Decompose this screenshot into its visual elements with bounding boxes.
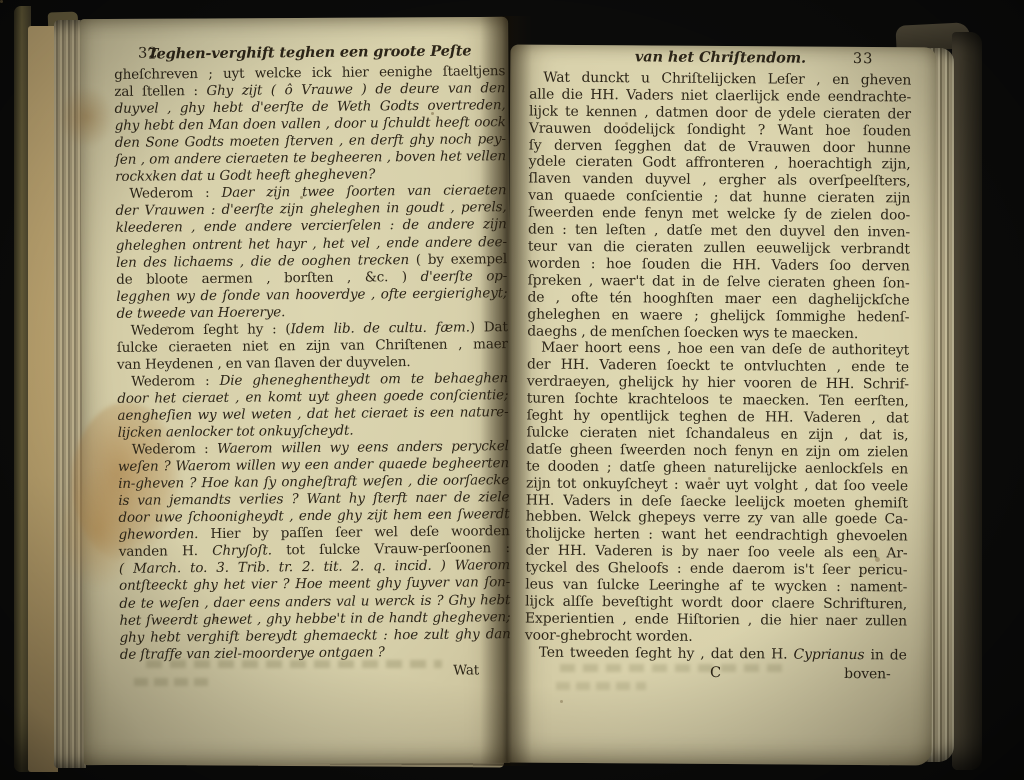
roman-text-segment: zal ſtellen : xyxy=(114,83,206,100)
right-signature-row: C boven- xyxy=(525,663,907,683)
roman-text-segment: Wat dunckt u Chriſtelijcken Leſer , en g… xyxy=(543,70,911,89)
roman-text-segment: gheleghen en waere ; ghelijck ſommighe h… xyxy=(527,306,909,325)
italic-text-segment: Chryſoſt. xyxy=(212,543,272,560)
roman-text-segment: ſlaven vanden duyvel , ergher als overſp… xyxy=(528,171,910,190)
roman-text-segment: van Heydenen , en van ſlaven der duyvele… xyxy=(117,354,411,373)
roman-text-segment: Wederom ſeght hy : ( xyxy=(131,321,291,339)
roman-text-segment: voor-ghebrocht worden. xyxy=(525,627,693,644)
roman-text-segment: vanden H. xyxy=(119,543,213,560)
roman-text-segment: teur van die cieraten zullen eeuwelijck … xyxy=(528,238,910,257)
italic-text-segment: ſen , om andere cieraeten te begheeren ,… xyxy=(115,148,506,168)
roman-text-segment: turen ſochte krachteloos te maecken. Ten… xyxy=(527,391,909,410)
roman-text-segment: tyckel des Gheloofs : ende daerom is't ſ… xyxy=(525,560,907,579)
right-page-header: van het Chriſtendom. 33 xyxy=(529,49,911,69)
right-page-lines: Wat dunckt u Chriſtelijcken Leſer , en g… xyxy=(525,69,912,664)
text-line: Ten tweeden ſeght hy , dat den H. Cypria… xyxy=(525,644,907,664)
italic-text-segment: Waerom willen wy eens anders peryckel xyxy=(217,438,509,457)
left-page-text: 32 Teghen-verghift teghen een groote Peſ… xyxy=(114,42,511,682)
italic-text-segment: Cyprianus xyxy=(794,646,865,663)
roman-text-segment: ſulcke cieraten niet ſchandaleus en zijn… xyxy=(526,424,908,443)
roman-text-segment: ſweerden ende fenyn met welcke ſy de zie… xyxy=(528,205,910,224)
roman-text-segment: ) Dat xyxy=(470,319,508,335)
roman-text-segment: ſy derven ſegghen dat de Vrauwen door hu… xyxy=(529,137,911,156)
left-page-header: 32 Teghen-verghift teghen een groote Peſ… xyxy=(114,42,505,63)
roman-text-segment: der HH. Vaderen is by naer ſoo veele als… xyxy=(525,543,907,562)
roman-text-segment: ſulcke cieraeten niet en zijn van Chriſt… xyxy=(117,336,508,356)
left-page-lines: gheſchreven ; uyt welcke ick hier eenigh… xyxy=(114,63,511,663)
roman-text-segment: Wederom : xyxy=(129,185,221,202)
signature-mark: C xyxy=(710,665,721,682)
roman-text-segment: van quaede conſcientie ; dat hunne ciera… xyxy=(528,188,910,207)
roman-text-segment: datſe gheen ſweerden noch fenyn en zijn … xyxy=(526,441,908,460)
roman-text-segment: ( by exempel xyxy=(416,251,507,268)
italic-text-segment: ghy hebt verghift bereydt ghemaeckt : ho… xyxy=(120,626,511,646)
right-page-text: van het Chriſtendom. 33 Wat dunckt u Chr… xyxy=(525,49,912,684)
roman-text-segment: te dooden ; datſe gheen naturelijcke aen… xyxy=(526,458,908,477)
text-line: de ſtraffe van ziel-moorderye ontgaen ? xyxy=(120,643,511,664)
roman-text-segment: ydele cieraten Godt affronteren , hoerac… xyxy=(529,154,911,173)
roman-text-segment: hebben. Welck ghepeys verre zy van alle … xyxy=(526,509,908,528)
italic-text-segment: len des lichaems , die de ooghen trecken xyxy=(116,252,416,271)
right-running-title: van het Chriſtendom. xyxy=(635,48,806,66)
italic-text-segment: gheworden. xyxy=(119,526,199,543)
left-running-title: Teghen-verghift teghen een groote Peſte xyxy=(147,42,471,62)
italic-text-segment: d'eerſte op- xyxy=(421,268,508,285)
roman-text-segment: HH. Vaders in deſe ſaecke leelijck moete… xyxy=(526,492,908,511)
roman-text-segment: Vrauwen doodelijck ſondight ? Want hoe ſ… xyxy=(529,120,911,139)
roman-text-segment: den : ten leſten , datſe met den duyvel … xyxy=(528,222,910,241)
foxing-specks xyxy=(0,0,3,3)
italic-text-segment: Ghy zijt ( ô Vrauwe ) de deure van den xyxy=(206,80,505,99)
right-catchword: boven- xyxy=(844,666,891,683)
roman-text-segment: Experientien , ende Hiſtorien , die hier… xyxy=(525,610,907,629)
italic-text-segment: de ſtraffe van ziel-moorderye ontgaen ? xyxy=(120,644,385,663)
roman-text-segment: worden : hoe ſouden die HH. Vaders ſoo d… xyxy=(528,255,910,274)
roman-text-segment: zijn tot onkuyſcheyt : waer uyt volght ,… xyxy=(526,475,908,494)
roman-text-segment: de , ofte tén hooghſten maer een dagheli… xyxy=(527,289,909,308)
roman-text-segment: Wederom : xyxy=(131,373,220,390)
roman-text-segment: Hier by paſſen ſeer wel deſe woorden xyxy=(198,523,510,542)
roman-text-segment: de bloote aermen , borſten , &c. ) xyxy=(116,269,421,288)
roman-text-segment: Maer hoort eens , hoe een van deſe de au… xyxy=(541,340,909,359)
roman-text-segment: Ten tweeden ſeght hy , dat den H. xyxy=(539,644,794,662)
right-cover-edge xyxy=(952,32,982,770)
right-page-number: 33 xyxy=(853,51,874,68)
roman-text-segment: ſpreken , waer't dat in de ſelve cierate… xyxy=(528,272,910,291)
roman-text-segment: lijck te kennen , datmen door de ydele c… xyxy=(529,103,911,122)
roman-text-segment: daeghs , de menſchen ſoecken wys te maec… xyxy=(527,323,858,342)
italic-text-segment: aengheſien wy wel weten , dat het cierae… xyxy=(117,404,508,424)
italic-text-segment: Idem lib. de cultu. fæm. xyxy=(290,319,469,337)
italic-text-segment: legghen wy de ſonde van hooverdye , ofte… xyxy=(116,285,507,305)
roman-text-segment: tholijcke herten : want het eendrachtigh… xyxy=(526,526,908,545)
italic-text-segment: Die gheneghentheydt om te behaeghen xyxy=(220,370,509,389)
italic-text-segment: rockxken dat u Godt heeft ghegheven? xyxy=(115,167,375,185)
italic-text-segment: Daer zijn twee ſoorten van cieraeten xyxy=(221,183,506,202)
roman-text-segment: Wederom : xyxy=(132,441,217,458)
roman-text-segment: leus van ſulcke Leeringhe af te wycken :… xyxy=(525,577,907,596)
italic-text-segment: lijcken aenlocker tot onkuyſcheydt. xyxy=(118,423,354,441)
roman-text-segment: verdraeyen, ghelijck hy hier vooren de H… xyxy=(527,374,909,393)
roman-text-segment: der HH. Vaderen ſoeckt te ontvluchten , … xyxy=(527,357,909,376)
roman-text-segment: alle die HH. Vaders niet claerlijck ende… xyxy=(529,86,911,105)
roman-text-segment: in de xyxy=(864,647,906,663)
left-catchword: Wat xyxy=(453,662,479,678)
italic-text-segment: de tweede van Hoererye. xyxy=(116,304,285,322)
roman-text-segment: lijck alſſe beveſtight wordt door claere… xyxy=(525,593,907,612)
left-page-number: 32 xyxy=(138,45,159,62)
roman-text-segment: tot ſulcke Vrauw-perſoonen : xyxy=(272,540,510,558)
roman-text-segment: ſeght hy opentlijck teghen de HH. Vadere… xyxy=(527,408,909,427)
